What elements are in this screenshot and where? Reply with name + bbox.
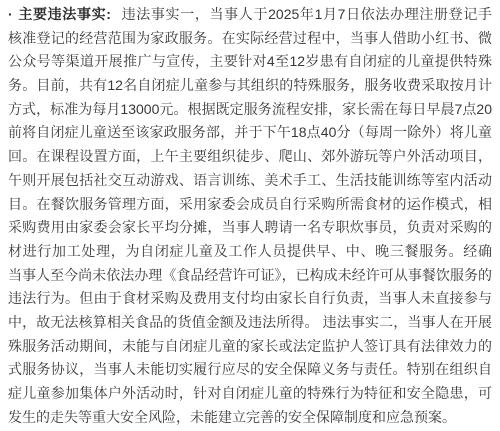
paragraph-line: 中，故无法核算相关食品的货值金额及违法所得。 违法事实二，当事人在开展特: [8, 311, 492, 335]
section-heading: 主要违法事实:: [18, 6, 111, 22]
paragraph-line: 违法行为。但由于食材采购及费用支付均由家长自行负责，当事人未直接参与其: [8, 287, 492, 311]
paragraph-line: 公众号等渠道开展推广与宣传，主要针对4至12岁患有自闭症的儿童提供特殊服: [8, 50, 492, 74]
paragraph-line-first: ·主要违法事实:违法事实一，当事人于2025年1月7日依法办理注册登记手续，: [8, 3, 492, 27]
paragraph-line: 午则开展包括社交互动游戏、语言训练、美术手工、生活技能训练等室内活动项: [8, 169, 492, 193]
paragraph-line: 核准登记的经营范围为家政服务。在实际经营过程中，当事人借助小红书、微信: [8, 27, 492, 51]
paragraph-line: 殊服务活动期间，未能与自闭症儿童的家长或法定监护人签订具有法律效力的正: [8, 335, 492, 359]
paragraph-line: 前将自闭症儿童送至该家政服务部，并于下午18点40分（每周一除外）将儿童接: [8, 121, 492, 145]
paragraph-line-last: 发生的走失等重大安全风险，未能建立完善的安全保障制度和应急预案。: [8, 406, 492, 430]
bullet-marker: ·: [8, 3, 13, 27]
paragraph-line: 方式，标准为每月13000元。根据既定服务流程安排，家长需在每日早晨7点20分: [8, 98, 492, 122]
paragraph-line: 式服务协议，当事人未能切实履行应尽的安全保障义务与责任。特别在组织自闭: [8, 358, 492, 382]
paragraph-line: 当事人至今尚未依法办理《食品经营许可证》，已构成未经许可从事餐饮服务的: [8, 264, 492, 288]
paragraph-line: 目。在餐饮服务管理方面，采用家委会成员自行采购所需食材的运作模式，相关: [8, 193, 492, 217]
paragraph-line: 务。目前，共有12名自闭症儿童参与其组织的特殊服务，服务收费采取按月计费: [8, 74, 492, 98]
paragraph-line: 回。在课程设置方面，上午主要组织徒步、爬山、郊外游玩等户外活动项目，下: [8, 145, 492, 169]
paragraph-line: 采购费用由家委会家长平均分摊，当事人聘请一名专职炊事员，负责对采购的食: [8, 216, 492, 240]
paragraph-line: 症儿童参加集体户外活动时，针对自闭症儿童的特殊行为特征和安全隐患，可能: [8, 382, 492, 406]
paragraph-line: 材进行加工处理，为自闭症儿童及工作人员提供早、中、晚三餐服务。经确认，: [8, 240, 492, 264]
legal-facts-document: ·主要违法事实:违法事实一，当事人于2025年1月7日依法办理注册登记手续， 核…: [0, 0, 500, 431]
